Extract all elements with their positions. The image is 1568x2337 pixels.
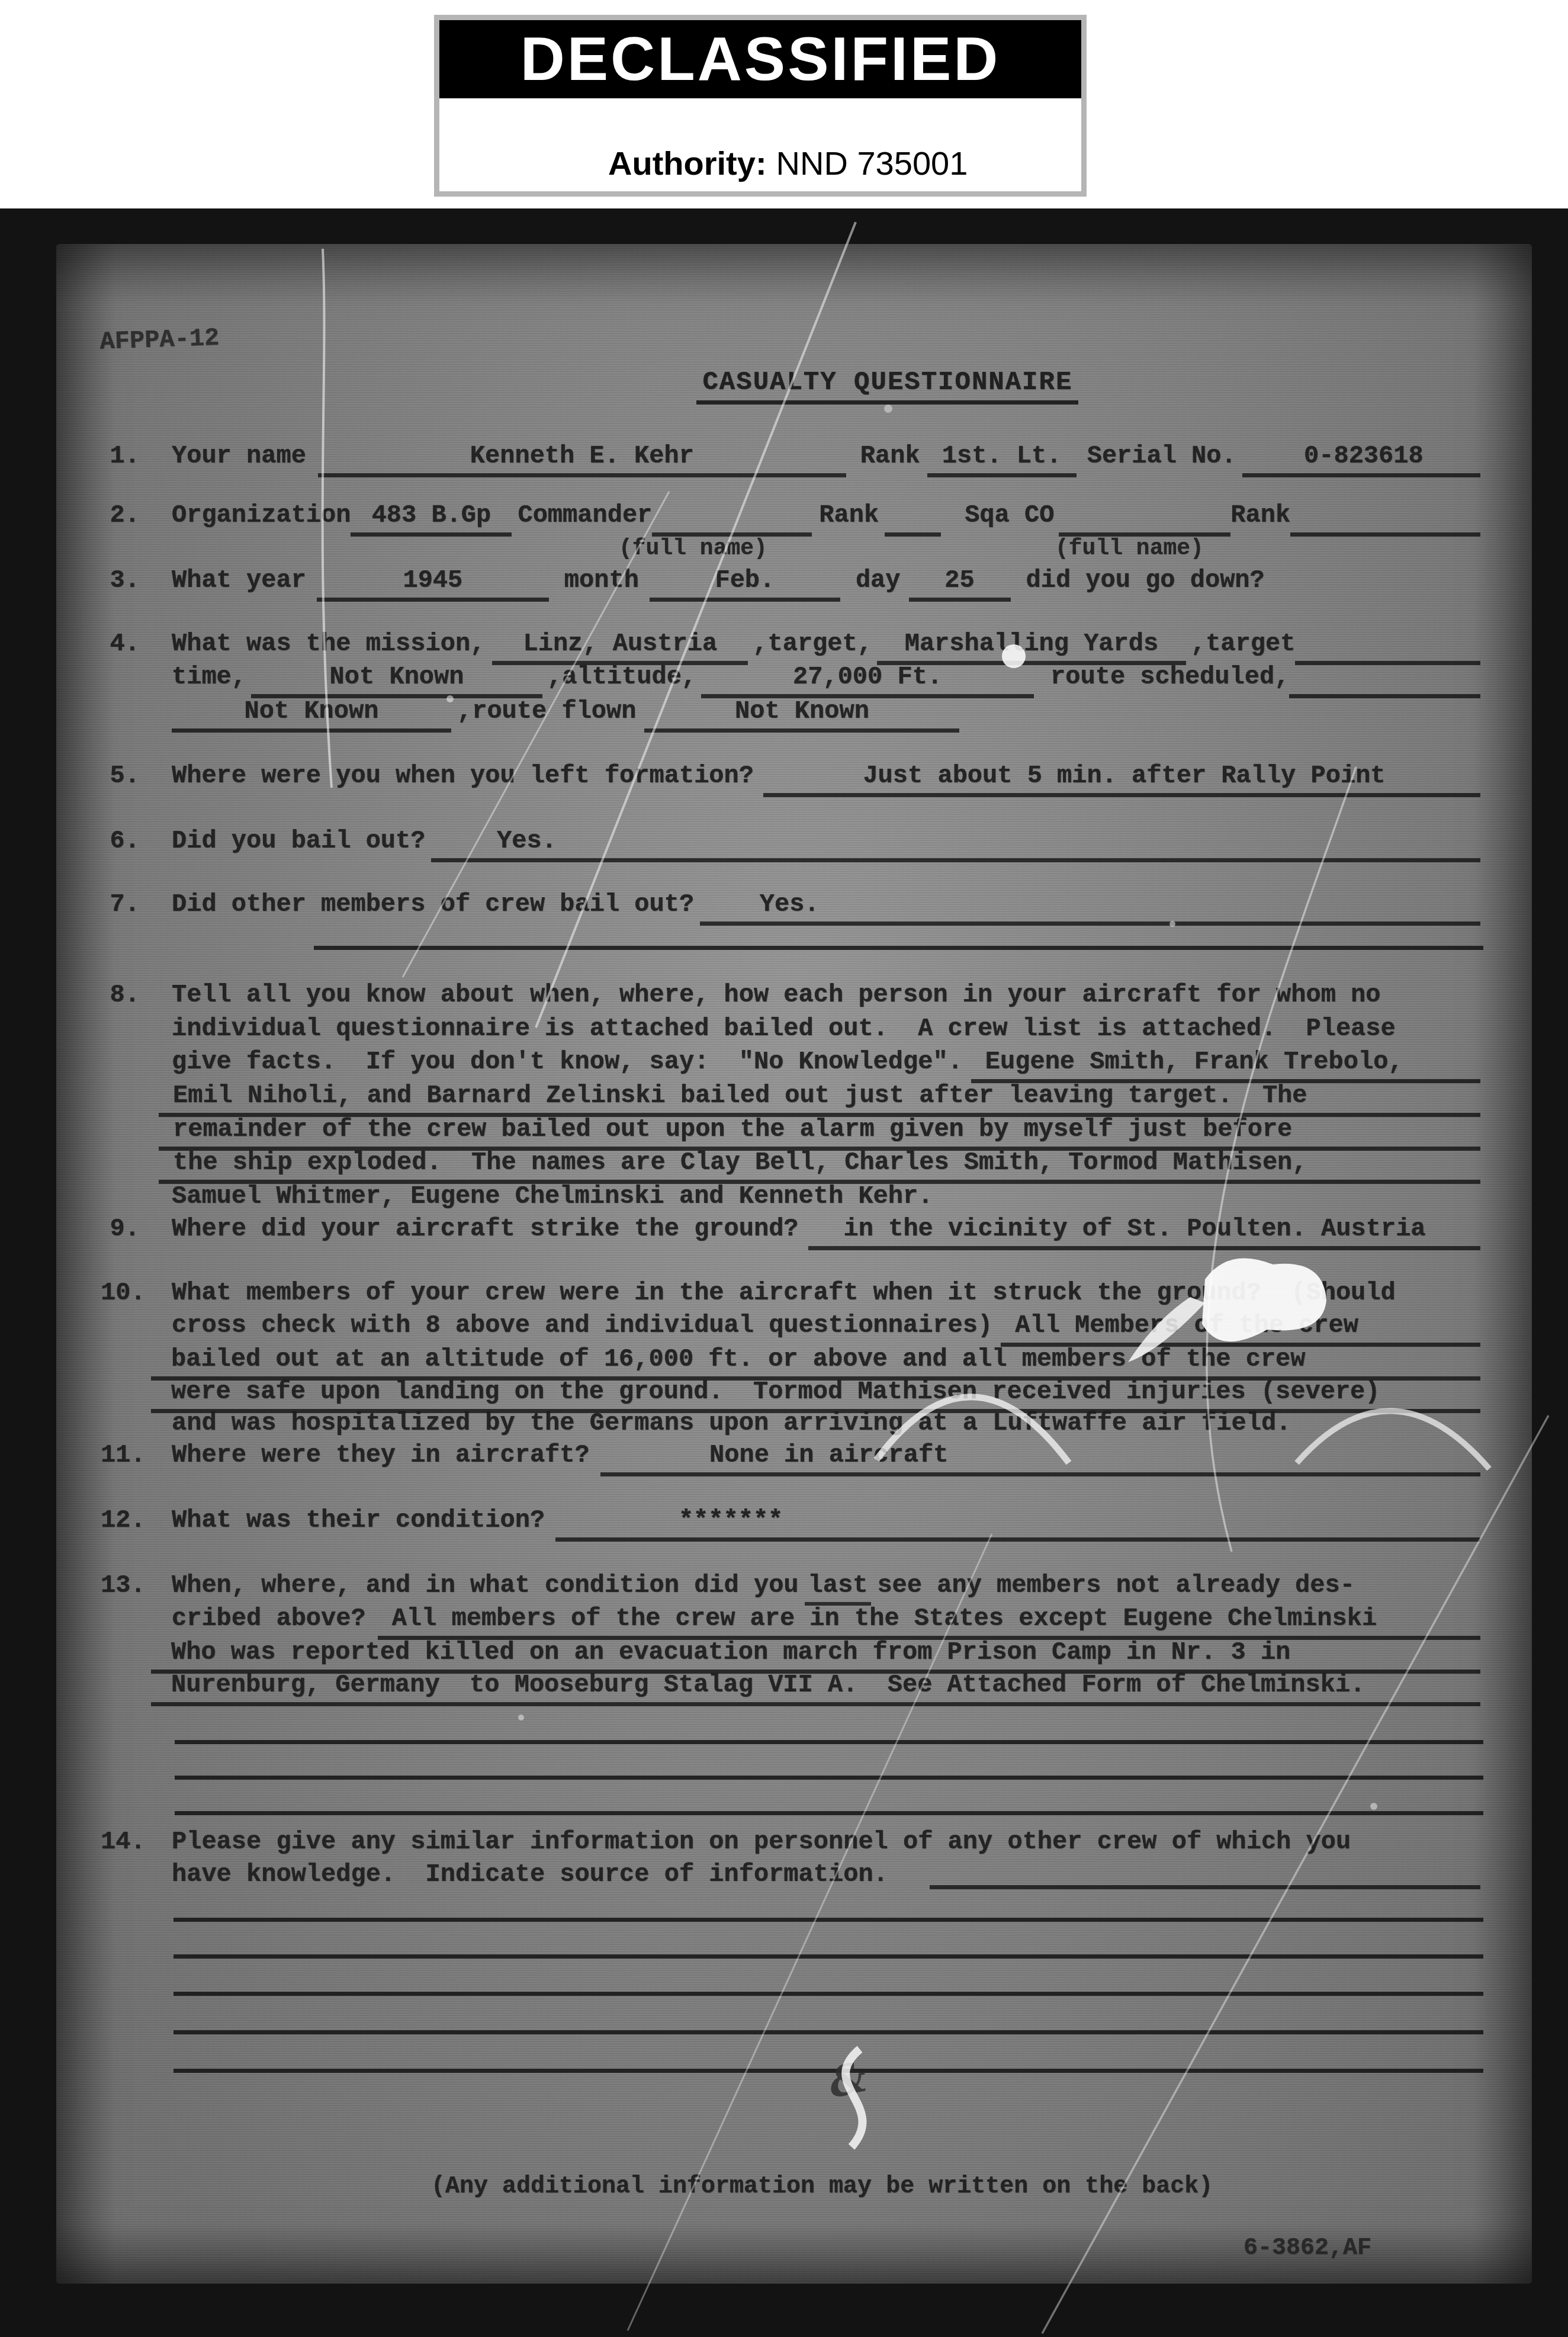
q12-answer: ******* [555,1505,906,1542]
blank-field [1059,500,1230,537]
q8-text-3: give facts. If you don't know, say: "No … [172,1047,963,1077]
q10-text-2: cross check with 8 above and individual … [172,1311,992,1340]
question-8-line-3: give facts. If you don't know, say: "No … [172,1047,1480,1083]
q10-answer-3: were safe upon landing on the ground. To… [151,1377,1480,1413]
q11-answer: None in aircraft [600,1440,1058,1476]
q2-org-answer: 483 B.Gp [351,500,512,537]
question-10-line-3: bailed out at an altitude of 16,000 ft. … [151,1344,1480,1381]
blank-line [173,1992,1483,1996]
q3-day-label: day [856,566,901,595]
blank-line [175,1740,1483,1744]
q10-answer-1: All Members of the crew [1001,1311,1480,1347]
q1-serial-answer: 0-823618 [1242,441,1480,477]
question-13-line-4: Nurenburg, Germany to Mooseburg Stalag V… [151,1670,1480,1706]
q2-number: 2. [101,500,140,530]
q2-full-name-note-2: (full name) [1055,536,1204,562]
question-14-line-2: have knowledge. Indicate source of infor… [172,1860,1480,1889]
q13-answer-1: All members of the crew are in the State… [378,1604,1480,1640]
blank-field [652,500,812,537]
question-8-line-6: the ship exploded. The names are Clay Be… [159,1148,1480,1184]
q13-number: 13. [101,1571,140,1600]
q4-route-flown-answer: Not Known [644,696,959,733]
stray-pen-mark: & [824,2052,871,2107]
page: DECLASSIFIED Authority:NND 735001 By:NAR… [0,0,1568,2337]
q4-route-scheduled-answer: Not Known [172,696,451,733]
q5-label: Where were you when you left formation? [172,761,754,791]
q9-answer: in the vicinity of St. Poulten. Austria [808,1214,1480,1250]
blank-field [906,1505,1480,1542]
question-10-line-1: 10. What members of your crew were in th… [101,1278,1480,1308]
question-10-line-4: were safe upon landing on the ground. To… [151,1377,1480,1413]
q3-label: What year [172,566,306,595]
blank-line [173,1954,1483,1959]
q3-year-answer: 1945 [317,566,549,602]
question-2: 2. Organization 483 B.Gp Commander Rank … [101,500,1480,537]
q13-text-1b: see any members not already des- [877,1571,1355,1600]
q6-label: Did you bail out? [172,826,425,856]
q7-label: Did other members of crew bail out? [172,890,694,919]
q4-route-flown-label: ,route flown [457,696,636,726]
question-3: 3. What year 1945 month Feb. day 25 did … [101,566,1480,602]
q1-number: 1. [101,441,140,471]
q4-number: 4. [101,629,140,659]
q4-mission-label: What was the mission, [172,629,485,659]
question-14-line-1: 14. Please give any similar information … [101,1827,1480,1857]
question-13-line-2: cribed above? All members of the crew ar… [172,1604,1480,1640]
q8-answer-2: Emil Niholi, and Barnard Zelinski bailed… [159,1081,1480,1117]
q1-rank-label: Rank [860,441,920,471]
q8-text-2: individual questionnaire is attached bai… [172,1014,1396,1044]
q2-sqd-label: Sqa CO [965,500,1054,530]
q13-text-1: When, where, and in what condition did y… [172,1571,799,1600]
q13-text-2: cribed above? [172,1604,366,1633]
blank-field [622,826,1480,862]
q2-full-name-note: (full name) [619,536,767,562]
question-10-line-2: cross check with 8 above and individual … [172,1311,1480,1347]
blank-line [173,2030,1483,2034]
q2-rank-label: Rank [819,500,879,530]
q3-month-answer: Feb. [650,566,840,602]
q1-label: Your name [172,441,306,471]
q13-answer-2: Who was reported killed on an evacuation… [151,1638,1480,1674]
q14-number: 14. [101,1827,140,1857]
question-8-line-1: 8. Tell all you know about when, where, … [101,980,1480,1010]
q2-rank2-label: Rank [1230,500,1290,530]
blank-field [1058,1440,1480,1476]
q4-target-label: ,target, [753,629,872,659]
blank-field [1295,629,1480,665]
blank-line [175,1776,1483,1780]
question-12: 12. What was their condition? ******* [101,1505,1480,1542]
question-9: 9. Where did your aircraft strike the gr… [101,1214,1480,1250]
q3-suffix: did you go down? [1026,566,1265,595]
q14-text-1: Please give any similar information on p… [172,1827,1351,1857]
q1-name-answer: Kenneth E. Kehr [318,441,846,477]
blank-field [1289,662,1480,698]
q4-target-answer: Marshalling Yards [877,629,1186,665]
q10-answer-4: and was hospitalized by the Germans upon… [172,1408,1291,1438]
q2-label: Organization [172,500,351,530]
q8-answer-4: the ship exploded. The names are Clay Be… [159,1148,1480,1184]
question-8-line-5: remainder of the crew bailed out upon th… [159,1115,1480,1151]
q10-answer-2: bailed out at an altitude of 16,000 ft. … [151,1344,1480,1381]
q5-number: 5. [101,761,140,791]
q4-target2-label: ,target [1191,629,1295,659]
document-content: AFPPA-12 CASUALTY QUESTIONNAIRE 1. Your … [0,0,1568,2337]
footer-note: (Any additional information may be writt… [431,2172,1272,2202]
question-10-line-5: and was hospitalized by the Germans upon… [172,1408,1480,1438]
q7-number: 7. [101,890,140,919]
q1-serial-label: Serial No. [1087,441,1236,471]
q14-text-2: have knowledge. Indicate source of infor… [172,1860,888,1889]
blank-field [930,1860,1480,1889]
q1-rank-answer: 1st. Lt. [927,441,1077,477]
q9-label: Where did your aircraft strike the groun… [172,1214,799,1244]
q4-mission-answer: Linz, Austria [492,629,748,665]
form-number: 6-3862,AF [1244,2234,1432,2264]
question-5: 5. Where were you when you left formatio… [101,761,1480,797]
q5-answer: Just about 5 min. after Rally Point [763,761,1480,797]
blank-line [173,1918,1483,1922]
question-4-line-2: time, Not Known ,altitude, 27,000 Ft. ro… [172,662,1480,698]
q13-underlined-word: last [805,1571,872,1606]
question-13-line-3: Who was reported killed on an evacuation… [151,1638,1480,1674]
q2-commander-label: Commander [518,500,652,530]
q13-answer-3: Nurenburg, Germany to Mooseburg Stalag V… [151,1670,1480,1706]
q8-answer-5: Samuel Whitmer, Eugene Chelminski and Ke… [172,1182,933,1211]
blank-field [1290,500,1480,537]
q3-month-label: month [564,566,639,595]
form-number-text: 6-3862,AF [1244,2234,1371,2264]
q4-time-answer: Not Known [251,662,542,698]
q9-number: 9. [101,1214,140,1244]
q8-number: 8. [101,980,140,1010]
q10-number: 10. [101,1278,140,1308]
q4-route-scheduled-label: route scheduled, [1050,662,1289,692]
footer-note-text: (Any additional information may be writt… [431,2172,1213,2202]
q12-number: 12. [101,1505,140,1535]
q3-day-answer: 25 [909,566,1011,602]
question-4-line-3: Not Known ,route flown Not Known [172,696,970,733]
blank-field [885,500,941,537]
q7-answer: Yes. [700,890,879,926]
q4-time-label: time, [172,662,246,692]
page-title: CASUALTY QUESTIONNAIRE [603,336,1078,429]
blank-field [879,890,1480,926]
question-8-line-7: Samuel Whitmer, Eugene Chelminski and Ke… [172,1182,1480,1211]
q8-answer-1: Eugene Smith, Frank Trebolo, [971,1047,1480,1083]
q10-text-1: What members of your crew were in the ai… [172,1278,1396,1308]
question-6: 6. Did you bail out? Yes. [101,826,1480,862]
question-11: 11. Where were they in aircraft? None in… [101,1440,1480,1476]
q6-number: 6. [101,826,140,856]
q11-number: 11. [101,1440,140,1470]
q6-answer: Yes. [431,826,622,862]
q4-altitude-label: ,altitude, [547,662,696,692]
q12-label: What was their condition? [172,1505,545,1535]
blank-line [175,1811,1483,1815]
q8-answer-3: remainder of the crew bailed out upon th… [159,1115,1480,1151]
q11-label: Where were they in aircraft? [172,1440,590,1470]
question-1: 1. Your name Kenneth E. Kehr Rank 1st. L… [101,441,1480,477]
q8-text-1: Tell all you know about when, where, how… [172,980,1381,1010]
q3-number: 3. [101,566,140,595]
q4-altitude-answer: 27,000 Ft. [701,662,1034,698]
question-4-line-1: 4. What was the mission, Linz, Austria ,… [101,629,1480,665]
question-8-line-4: Emil Niholi, and Barnard Zelinski bailed… [159,1081,1480,1117]
question-7: 7. Did other members of crew bail out? Y… [101,890,1480,926]
blank-line [314,946,1483,950]
question-13-line-1: 13. When, where, and in what condition d… [101,1571,1480,1606]
question-8-line-2: individual questionnaire is attached bai… [172,1014,1480,1044]
